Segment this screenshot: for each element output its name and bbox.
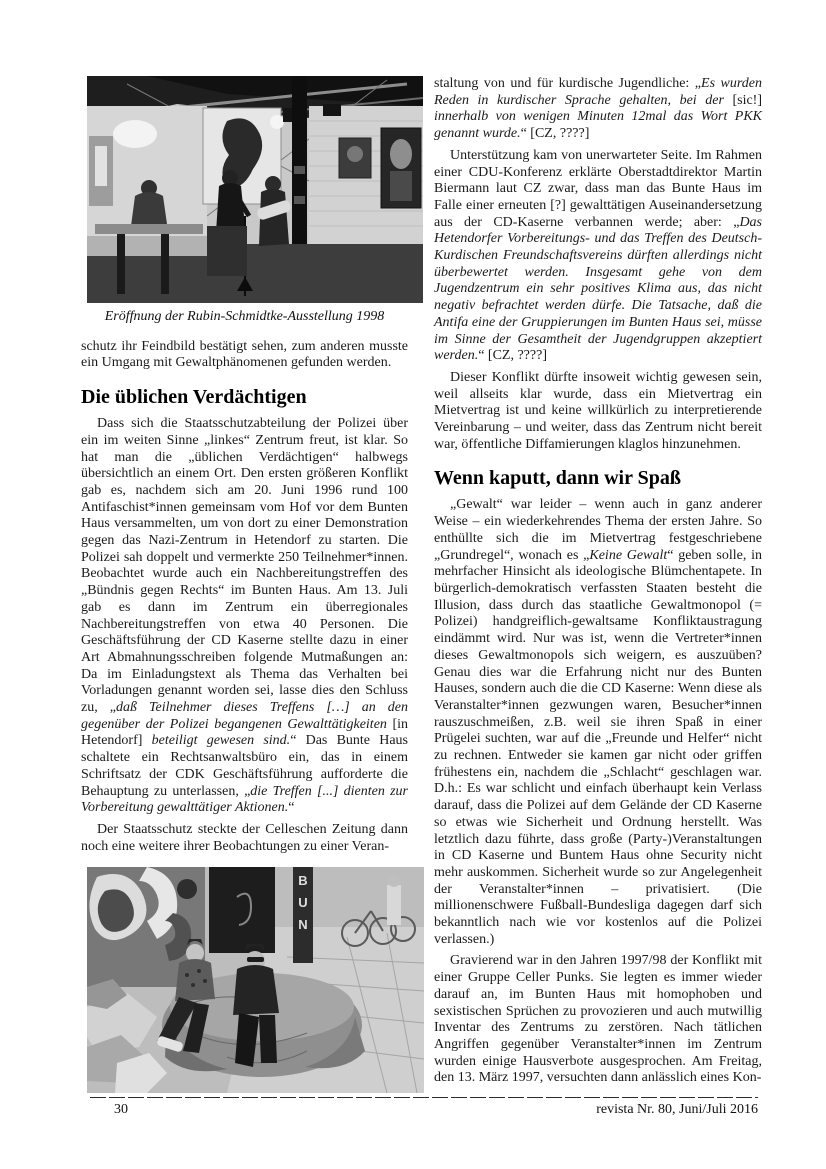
photo-caption: Eröffnung der Rubin-Schmidtke-Ausstellun… — [81, 309, 408, 326]
page-number: 30 — [114, 1102, 128, 1118]
body-paragraph: Unterstützung kam von unerwarteter Seite… — [434, 148, 762, 365]
left-column: Eröffnung der Rubin-Schmidtke-Ausstellun… — [81, 76, 408, 1093]
svg-text:U: U — [298, 895, 307, 910]
body-paragraph: Gravierend war in den Jahren 1997/98 der… — [434, 953, 762, 1087]
body-paragraph: Der Staatsschutz steckte der Celleschen … — [81, 822, 408, 855]
exhibition-opening-photo-art — [87, 76, 423, 303]
courtyard-photo: B U N — [87, 867, 424, 1093]
magazine-page: { "footer": { "page_number": "30", "jour… — [0, 0, 826, 1169]
journal-footer: revista Nr. 80, Juni/Juli 2016 — [434, 1102, 758, 1118]
body-paragraph: „Gewalt“ war leider – wenn auch in ganz … — [434, 497, 762, 948]
footer-rule — [90, 1097, 758, 1098]
body-paragraph: Dass sich die Staatsschutzabteilung der … — [81, 416, 408, 817]
section-heading-verdaechtigen: Die üblichen Verdächtigen — [81, 386, 408, 408]
body-paragraph: staltung von und für kurdische Jugendlic… — [434, 76, 762, 143]
section-heading-spass: Wenn kaputt, dann wir Spaß — [434, 467, 762, 489]
exhibition-opening-photo — [87, 76, 423, 303]
right-column: staltung von und für kurdische Jugendlic… — [434, 76, 762, 1087]
body-paragraph: schutz ihr Feindbild bestätigt sehen, zu… — [81, 339, 408, 372]
svg-text:B: B — [298, 873, 307, 888]
body-paragraph: Dieser Konflikt dürfte insoweit wichtig … — [434, 370, 762, 454]
svg-text:N: N — [298, 917, 307, 932]
courtyard-photo-art: B U N — [87, 867, 424, 1093]
